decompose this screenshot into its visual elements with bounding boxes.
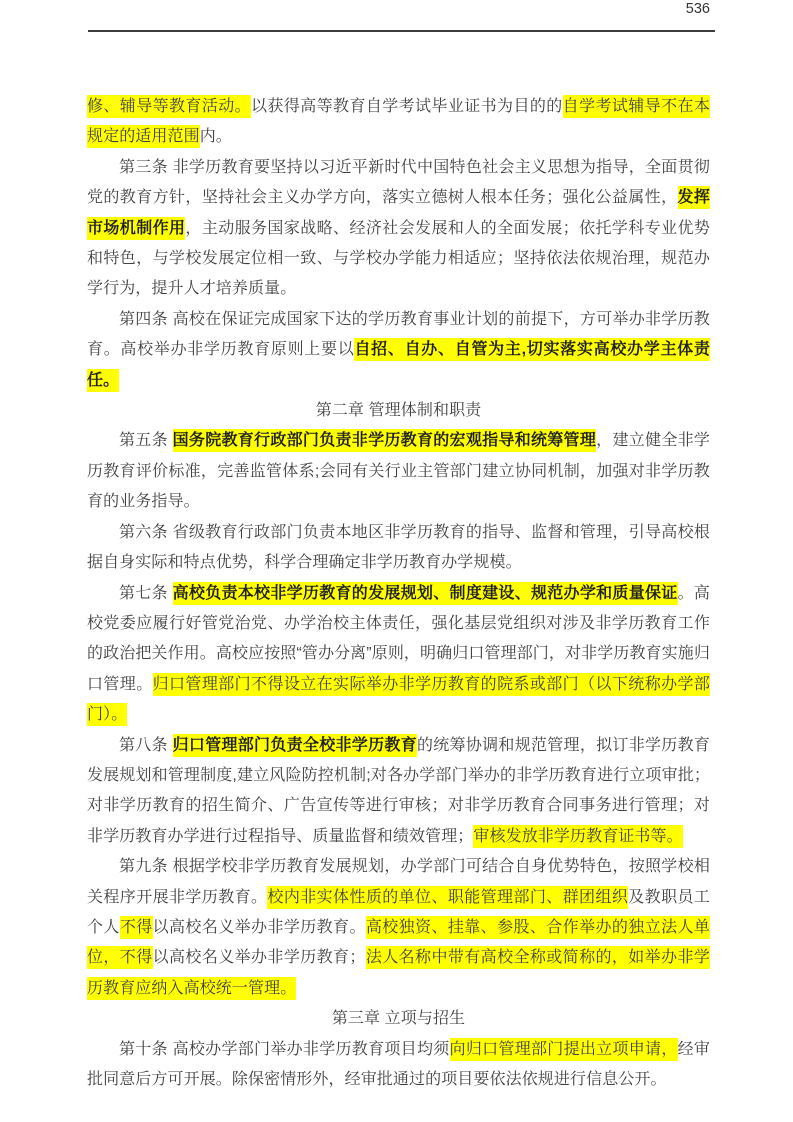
chapter-heading: 第三章 立项与招生 <box>87 1004 710 1034</box>
paragraph: 第三条 非学历教育要坚持以习近平新时代中国特色社会主义思想为指导，全面贯彻党的教… <box>87 153 710 305</box>
text-segment: 第三条 非学历教育要坚持以习近平新时代中国特色社会主义思想为指导，全面贯彻党的教… <box>87 159 710 206</box>
header-rule <box>88 30 715 32</box>
document-page: 536 修、辅导等教育活动。以获得高等教育自学考试毕业证书为目的的自学考试辅导不… <box>0 0 793 1122</box>
text-segment: 以高校名义举办非学历教育； <box>153 949 366 966</box>
highlighted-text-segment: 修、辅导等教育活动。 <box>87 95 251 118</box>
paragraph: 第六条 省级教育行政部门负责本地区非学历教育的指导、监督和管理，引导高校根据自身… <box>87 518 710 579</box>
paragraph: 第四条 高校在保证完成国家下达的学历教育事业计划的前提下，方可举办非学历教育。高… <box>87 305 710 396</box>
highlighted-text-segment: 高校负责本校非学历教育的发展规划、制度建设、规范办学和质量保证 <box>173 582 678 605</box>
text-segment: 第八条 <box>119 737 173 754</box>
chapter-heading: 第二章 管理体制和职责 <box>87 396 710 426</box>
text-segment: 第五条 <box>119 432 173 449</box>
highlighted-text-segment: 国务院教育行政部门负责非学历教育的宏观指导和统筹管理 <box>173 429 597 452</box>
highlighted-text-segment: 校内非实体性质的单位、职能管理部门、群团组织 <box>267 886 628 909</box>
highlighted-text-segment: 向归口管理部门提出立项申请， <box>450 1038 678 1061</box>
document-content: 修、辅导等教育活动。以获得高等教育自学考试毕业证书为目的的自学考试辅导不在本规定… <box>87 92 710 1095</box>
paragraph: 修、辅导等教育活动。以获得高等教育自学考试毕业证书为目的的自学考试辅导不在本规定… <box>87 92 710 153</box>
paragraph: 第十条 高校办学部门举办非学历教育项目均须向归口管理部门提出立项申请，经审批同意… <box>87 1035 710 1096</box>
page-number: 536 <box>0 0 710 18</box>
paragraph: 第五条 国务院教育行政部门负责非学历教育的宏观指导和统筹管理，建立健全非学历教育… <box>87 426 710 517</box>
highlighted-text-segment: 审核发放非学历教育证书等。 <box>473 825 682 848</box>
text-segment: 第六条 省级教育行政部门负责本地区非学历教育的指导、监督和管理，引导高校根据自身… <box>87 524 710 571</box>
text-segment: 第三章 立项与招生 <box>332 1010 465 1027</box>
text-segment: 以获得高等教育自学考试毕业证书为目的的 <box>251 98 563 115</box>
text-segment: 以高校名义举办非学历教育。 <box>153 919 366 936</box>
text-segment: 内。 <box>200 128 232 145</box>
text-segment: 第十条 高校办学部门举办非学历教育项目均须 <box>119 1041 450 1058</box>
highlighted-text-segment: 不得 <box>120 916 153 939</box>
paragraph: 第七条 高校负责本校非学历教育的发展规划、制度建设、规范办学和质量保证。高校党委… <box>87 579 710 731</box>
text-segment: 第二章 管理体制和职责 <box>316 402 482 419</box>
paragraph: 第九条 根据学校非学历教育发展规划，办学部门可结合自身优势特色，按照学校相关程序… <box>87 852 710 1004</box>
paragraph: 第八条 归口管理部门负责全校非学历教育的统筹协调和规范管理，拟订非学历教育发展规… <box>87 731 710 853</box>
highlighted-text-segment: 归口管理部门不得设立在实际举办非学历教育的院系或部门（以下统称办学部门）。 <box>87 673 710 726</box>
text-segment: 第七条 <box>119 585 173 602</box>
highlighted-text-segment: 归口管理部门负责全校非学历教育 <box>173 734 417 757</box>
